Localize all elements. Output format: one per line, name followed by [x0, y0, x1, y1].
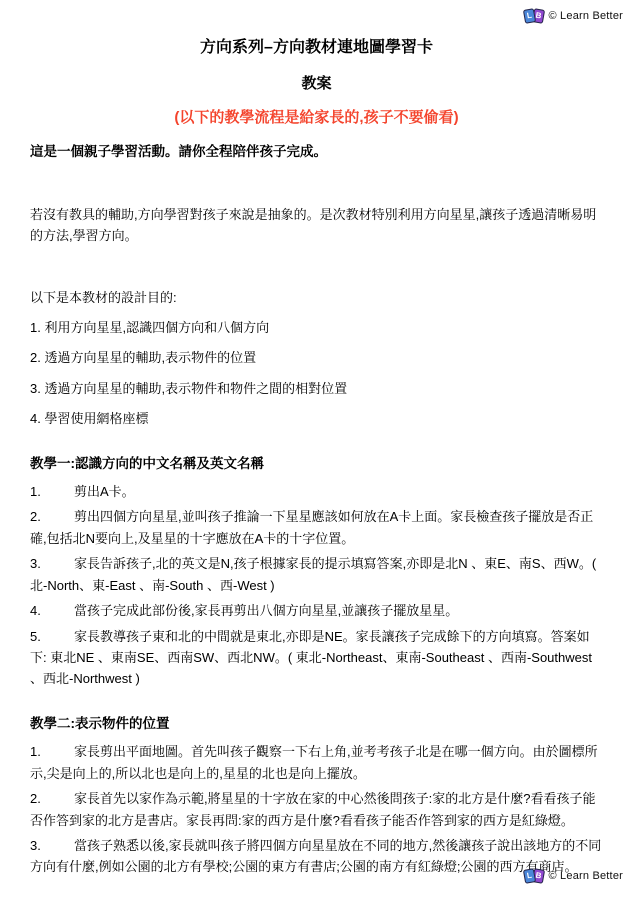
paragraph-overview: 若沒有教具的輔助,方向學習對孩子來說是抽象的。是次教材特別利用方向星星,讓孩子透…	[30, 204, 603, 247]
step-text: 家長告訴孩子,北的英文是N,孩子根據家長的提示填寫答案,亦即是北N 、東E、南S…	[30, 556, 596, 592]
page-subtitle: 教案	[30, 73, 603, 94]
objective-item: 3. 透過方向星星的輔助,表示物件和物件之間的相對位置	[30, 378, 603, 399]
objectives-heading: 以下是本教材的設計目的:	[30, 287, 603, 308]
learn-better-logo-top: L B © Learn Better	[524, 7, 624, 25]
step-text: 家長首先以家作為示範,將星星的十字放在家的中心然後問孩子:家的北方是什麼?看看孩…	[30, 791, 595, 827]
step-text: 剪出A卡。	[74, 484, 135, 499]
step-number: 2.	[30, 788, 74, 809]
step-number: 3.	[30, 553, 74, 574]
section2-step: 1.家長剪出平面地圖。首先叫孩子觀察一下右上角,並考考孩子北是在哪一個方向。由於…	[30, 741, 603, 784]
step-number: 3.	[30, 835, 74, 856]
intro-statement: 這是一個親子學習活動。請你全程陪伴孩子完成。	[30, 141, 603, 163]
page-title: 方向系列–方向教材連地圖學習卡	[30, 37, 603, 59]
step-text: 當孩子完成此部份後,家長再剪出八個方向星星,並讓孩子擺放星星。	[74, 603, 458, 618]
step-text: 剪出四個方向星星,並叫孩子推論一下星星應該如何放在A卡上面。家長檢查孩子擺放是否…	[30, 509, 593, 545]
section1-step: 4.當孩子完成此部份後,家長再剪出八個方向星星,並讓孩子擺放星星。	[30, 600, 603, 621]
step-number: 1.	[30, 481, 74, 502]
step-text: 當孩子熟悉以後,家長就叫孩子將四個方向星星放在不同的地方,然後讓孩子說出該地方的…	[30, 838, 601, 874]
learn-better-logo-bottom: L B © Learn Better	[524, 867, 624, 885]
objective-item: 2. 透過方向星星的輔助,表示物件的位置	[30, 347, 603, 368]
open-book-left-icon: L	[522, 8, 535, 24]
step-text: 家長剪出平面地圖。首先叫孩子觀察一下右上角,並考考孩子北是在哪一個方向。由於圖標…	[30, 744, 598, 780]
objective-item: 1. 利用方向星星,認識四個方向和八個方向	[30, 317, 603, 338]
section1-step: 1.剪出A卡。	[30, 481, 603, 502]
document-page: L B © Learn Better 方向系列–方向教材連地圖學習卡 教案 (以…	[0, 0, 633, 898]
step-text: 家長教導孩子東和北的中間就是東北,亦即是NE。家長讓孩子完成餘下的方向填寫。答案…	[30, 629, 592, 687]
logo-copyright-text: © Learn Better	[549, 7, 624, 25]
section1-step: 5.家長教導孩子東和北的中間就是東北,亦即是NE。家長讓孩子完成餘下的方向填寫。…	[30, 626, 603, 690]
step-number: 4.	[30, 600, 74, 621]
parents-only-warning: (以下的教學流程是給家長的,孩子不要偷看)	[30, 107, 603, 128]
open-book-left-icon: L	[522, 868, 535, 884]
step-number: 1.	[30, 741, 74, 762]
objective-item: 4. 學習使用網格座標	[30, 408, 603, 429]
section1-step: 2.剪出四個方向星星,並叫孩子推論一下星星應該如何放在A卡上面。家長檢查孩子擺放…	[30, 506, 603, 549]
section2-heading: 教學二:表示物件的位置	[30, 713, 603, 735]
logo-copyright-text: © Learn Better	[549, 867, 624, 885]
section2-step: 2.家長首先以家作為示範,將星星的十字放在家的中心然後問孩子:家的北方是什麼?看…	[30, 788, 603, 831]
step-number: 5.	[30, 626, 74, 647]
section2-step: 3.當孩子熟悉以後,家長就叫孩子將四個方向星星放在不同的地方,然後讓孩子說出該地…	[30, 835, 603, 878]
section1-step: 3.家長告訴孩子,北的英文是N,孩子根據家長的提示填寫答案,亦即是北N 、東E、…	[30, 553, 603, 596]
section1-heading: 教學一:認識方向的中文名稱及英文名稱	[30, 453, 603, 475]
step-number: 2.	[30, 506, 74, 527]
